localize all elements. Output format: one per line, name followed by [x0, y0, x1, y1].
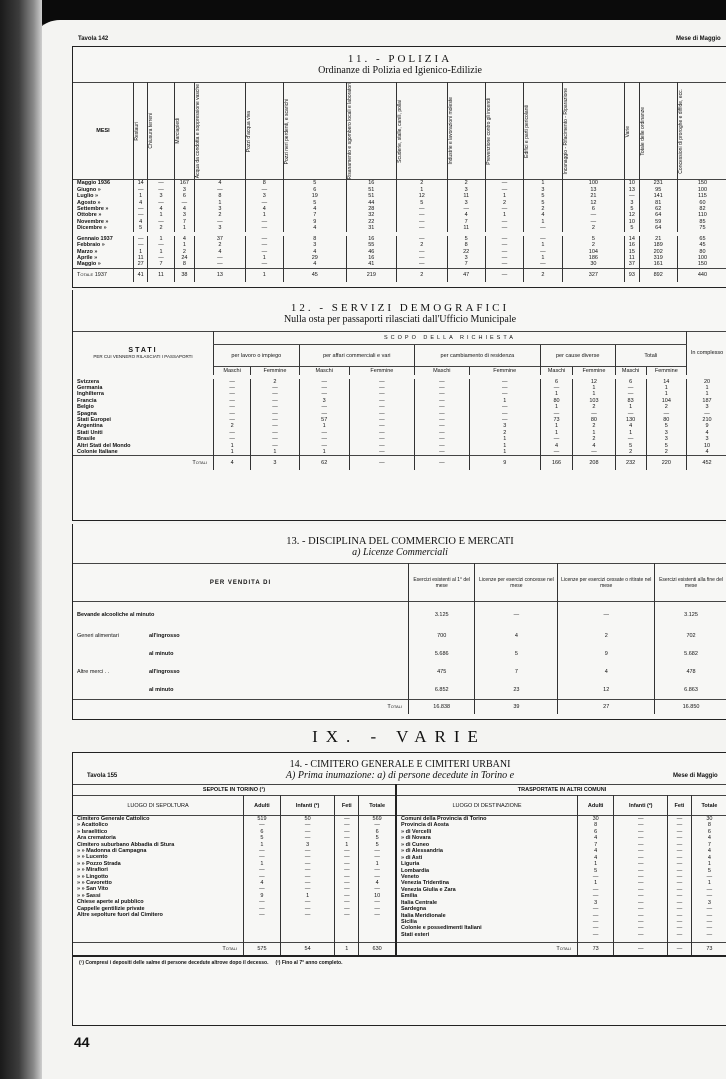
group-header: per cause diverse — [540, 345, 615, 367]
value-cell: 1 — [524, 180, 562, 187]
col-header: Infanti (²) — [280, 796, 334, 816]
value-cell: 2 — [397, 180, 447, 187]
spacer-cell — [335, 919, 359, 943]
col-header-label: Risanamento e sgombero locali e laborato… — [347, 83, 353, 179]
col-header: Industrie e lavorazioni moleste — [447, 83, 485, 180]
page-number: 44 — [74, 1034, 90, 1050]
value-cell: 3.125 — [409, 602, 475, 628]
col-header-per-vendita-di: PER VENDITA DI — [73, 564, 409, 602]
table-row: Stati esteri———— — [396, 932, 726, 939]
col-header: Totale — [359, 796, 395, 816]
value-cell: — — [245, 234, 283, 242]
total-cell: 575 — [244, 943, 281, 955]
value-cell: — — [485, 234, 523, 242]
total-cell: 1 — [335, 943, 359, 955]
value-cell: 27 — [134, 261, 148, 268]
value-cell: 2 — [615, 449, 646, 456]
value-cell: 475 — [409, 664, 475, 682]
row-label: all'ingrosso — [149, 633, 180, 639]
value-cell: 6.863 — [655, 682, 726, 700]
value-cell: — — [414, 377, 469, 385]
value-cell: — — [668, 816, 692, 823]
value-cell: — — [469, 377, 540, 385]
row-label-cell: Generi alimentariall'ingrosso — [73, 628, 409, 646]
table-12-title: 12. - SERVIZI DEMOGRAFICI — [73, 302, 726, 314]
sepolte-in-torino-header: SEPOLTE IN TORINO (¹) — [73, 785, 395, 796]
col-header: Pozzi neri perdenti, e scarichi — [284, 83, 347, 180]
col-header: Chiusura terreni — [148, 83, 174, 180]
total-cell: 2 — [524, 268, 562, 282]
value-cell: 6 — [615, 377, 646, 385]
value-cell: — — [485, 225, 523, 233]
section-ix-title: IX. - VARIE — [72, 727, 726, 747]
col-header: Licenze per esercizi cessate o ritirate … — [558, 564, 655, 602]
col-header: Adulti — [578, 796, 614, 816]
total-cell: 440 — [677, 268, 726, 282]
table-row: Maggio 193614—1674851622—110010231150 — [73, 180, 726, 187]
table-row: Generi alimentariall'ingrosso70042702 — [73, 628, 726, 646]
total-cell: 327 — [562, 268, 625, 282]
group-header: per lavoro o impiego — [214, 345, 300, 367]
maschi-header: Maschi — [299, 367, 349, 377]
value-cell: 11 — [447, 225, 485, 233]
value-cell: 4 — [174, 234, 195, 242]
total-cell: 166 — [540, 456, 573, 470]
value-cell: — — [691, 932, 726, 939]
value-cell: 37 — [195, 234, 245, 242]
value-cell: 1 — [148, 234, 174, 242]
value-cell: 9 — [558, 646, 655, 664]
value-cell: 2 — [251, 377, 299, 385]
value-cell: 5 — [475, 646, 558, 664]
value-cell: 700 — [409, 628, 475, 646]
col-header-label: Edifici e parti pericolanti — [524, 105, 530, 158]
col-header: Marciapiedi — [174, 83, 195, 180]
table-row: Bevande alcooliche al minuto3.125——3.125 — [73, 602, 726, 628]
value-cell: 1 — [469, 449, 540, 456]
month-cell: Maggio » — [73, 261, 134, 268]
value-cell: — — [195, 261, 245, 268]
col-header: Pozzi d'acqua viva — [245, 83, 283, 180]
table-11-subtitle: Ordinanze di Polizia ed Igienico-Edilizi… — [73, 65, 726, 76]
place-cell: Cimitero Generale Cattolico — [73, 816, 244, 823]
stati-subheader: PER CUI VENNERO RILASCIATI I PASSAPORTI — [73, 354, 213, 359]
maschi-header: Maschi — [540, 367, 573, 377]
month-cell: Dicembre » — [73, 225, 134, 233]
value-cell: — — [245, 225, 283, 233]
femmine-header: Femmine — [646, 367, 686, 377]
total-cell: 93 — [625, 268, 639, 282]
table-row: Maggio »2778——441—7——3037161150 — [73, 261, 726, 268]
total-cell: 1 — [245, 268, 283, 282]
total-row: Totali73——73 — [396, 943, 726, 955]
col-header: Risanamento e sgombero locali e laborato… — [346, 83, 396, 180]
table-servizi-demografici: 12. - SERVIZI DEMOGRAFICI Nulla osta per… — [72, 290, 726, 521]
total-row: Totali16.838392716.850 — [73, 700, 726, 714]
col-header: Incanaggio - Rifacimento - Riparazione — [562, 83, 625, 180]
total-cell: 38 — [174, 268, 195, 282]
value-cell: 1 — [214, 449, 251, 456]
value-cell: — — [524, 234, 562, 242]
value-cell: 37 — [625, 261, 639, 268]
table-row: al minuto5.686595.682 — [73, 646, 726, 664]
table-14-title: 14. - CIMITERO GENERALE E CIMITERI URBAN… — [73, 759, 726, 770]
table-12-subtitle: Nulla osta per passaporti rilasciati dal… — [73, 314, 726, 325]
row-label: al minuto — [149, 687, 173, 693]
value-cell: — — [558, 602, 655, 628]
col-header: Varie — [625, 83, 639, 180]
value-cell: 30 — [578, 816, 614, 823]
col-header-label: Pozzi neri perdenti, e scarichi — [284, 99, 290, 164]
total-cell: 62 — [299, 456, 349, 470]
row-label: al minuto — [149, 651, 173, 657]
col-header: Restauri — [134, 83, 148, 180]
month-label-14: Mese di Maggio — [673, 773, 718, 779]
total-cell: — — [668, 943, 692, 955]
value-cell: 478 — [655, 664, 726, 682]
value-cell: — — [475, 602, 558, 628]
col-header: Concessioni di proroghe e diffide, ecc. — [677, 83, 726, 180]
value-cell: 4 — [475, 628, 558, 646]
total-cell: 3 — [251, 456, 299, 470]
footnote-2: (²) Fino al 7° anno completo. — [275, 960, 342, 966]
value-cell: — — [148, 180, 174, 187]
spacer-cell — [359, 919, 395, 943]
total-label: Totali — [73, 456, 214, 470]
value-cell: 5 — [625, 225, 639, 233]
value-cell: 75 — [677, 225, 726, 233]
col-header-label: Incanaggio - Rifacimento - Riparazione — [563, 88, 569, 174]
table-14-subtitle: A) Prima inumazione: a) di persone deced… — [73, 770, 726, 781]
value-cell: 231 — [639, 180, 677, 187]
table-11-title: 11. - POLIZIA — [73, 53, 726, 65]
value-cell: 16 — [346, 234, 396, 242]
value-cell: 5 — [562, 234, 625, 242]
value-cell: 150 — [677, 180, 726, 187]
value-cell: — — [485, 261, 523, 268]
value-cell: 4 — [284, 225, 347, 233]
scopo-header: SCOPO DELLA RICHIESTA — [214, 332, 687, 345]
value-cell: 4 — [558, 664, 655, 682]
value-cell: — — [614, 932, 668, 939]
total-cell: 16.850 — [655, 700, 726, 714]
total-row: Totali575541630 — [73, 943, 395, 955]
total-cell: 208 — [573, 456, 615, 470]
value-cell: 702 — [655, 628, 726, 646]
value-cell: 150 — [677, 261, 726, 268]
col-header: Feti — [668, 796, 692, 816]
total-cell: 892 — [639, 268, 677, 282]
maschi-header: Maschi — [214, 367, 251, 377]
col-header: Totale — [691, 796, 726, 816]
group-header: per cambiamento di residenza — [414, 345, 540, 367]
col-header: Acqua da condotta e soppressione vasche — [195, 83, 245, 180]
maschi-header: Maschi — [615, 367, 646, 377]
spacer-cell — [73, 919, 244, 943]
value-cell: — — [668, 932, 692, 939]
col-header-label: Acqua da condotta e soppressione vasche — [195, 84, 201, 178]
footnotes: (¹) Compresi i depositi delle salme di p… — [73, 955, 726, 969]
row-label-cell: Altre merci . .all'ingrosso — [73, 664, 409, 682]
total-cell: 2 — [397, 268, 447, 282]
total-cell: 54 — [280, 943, 334, 955]
col-header: Esercizi esistenti al 1° del mese — [409, 564, 475, 602]
value-cell: 10 — [625, 180, 639, 187]
value-cell: 5 — [447, 234, 485, 242]
col-header-label: Varie — [625, 126, 631, 137]
value-cell: — — [299, 377, 349, 385]
value-cell: 2 — [562, 225, 625, 233]
value-cell: 2 — [148, 225, 174, 233]
value-cell: 14 — [625, 234, 639, 242]
value-cell: 65 — [677, 234, 726, 242]
col-header: Feti — [335, 796, 359, 816]
month-cell: Gennaio 1937 — [73, 234, 134, 242]
table-cimiteri: 14. - CIMITERO GENERALE E CIMITERI URBAN… — [72, 752, 726, 1026]
femmine-header: Femmine — [469, 367, 540, 377]
value-cell: — — [335, 816, 359, 823]
value-cell: — — [524, 261, 562, 268]
value-cell: 64 — [639, 225, 677, 233]
total-cell: 73 — [578, 943, 614, 955]
table-row: Dicembre »5213—431—11——256475 — [73, 225, 726, 233]
value-cell: 23 — [475, 682, 558, 700]
total-cell: 39 — [475, 700, 558, 714]
value-cell: 100 — [562, 180, 625, 187]
spacer-row — [73, 919, 395, 943]
spacer-cell — [280, 919, 334, 943]
col-header: Edifici e parti pericolanti — [524, 83, 562, 180]
col-header: Infanti (²) — [614, 796, 668, 816]
table-polizia: 11. - POLIZIA Ordinanze di Polizia ed Ig… — [72, 46, 726, 288]
total-cell: 11 — [148, 268, 174, 282]
stato-cell: Svizzera — [73, 377, 214, 385]
value-cell: 31 — [346, 225, 396, 233]
table-row: Comuni della Provincia di Torino30——30 — [396, 816, 726, 823]
group-label: Generi alimentari — [77, 633, 149, 639]
row-label: Bevande alcooliche al minuto — [77, 612, 154, 618]
value-cell: 16 — [346, 180, 396, 187]
value-cell: — — [485, 180, 523, 187]
value-cell: — — [349, 449, 414, 456]
value-cell: 5.682 — [655, 646, 726, 664]
month-cell: Maggio 1936 — [73, 180, 134, 187]
value-cell: 8 — [245, 180, 283, 187]
table-commercio: 13. - DISCIPLINA DEL COMMERCIO E MERCATI… — [72, 524, 726, 720]
value-cell: 1 — [299, 449, 349, 456]
value-cell: 7 — [475, 664, 558, 682]
col-header-label: Totale delle ordinanze — [640, 107, 646, 156]
value-cell: 14 — [646, 377, 686, 385]
value-cell: — — [214, 377, 251, 385]
value-cell: 1 — [174, 225, 195, 233]
place-cell: Comuni della Provincia di Torino — [396, 816, 578, 823]
value-cell: — — [578, 932, 614, 939]
value-cell: 12 — [573, 377, 615, 385]
col-header-label: Restauri — [134, 122, 140, 141]
col-header: Prevenzione contro gli incendi — [485, 83, 523, 180]
row-label-cell: al minuto — [73, 646, 409, 664]
col-header-label: Chiusura terreni — [148, 113, 154, 149]
femmine-header: Femmine — [349, 367, 414, 377]
value-cell: 7 — [447, 261, 485, 268]
total-cell: 13 — [195, 268, 245, 282]
col-header: Licenze per esercizi concesse nel mese — [475, 564, 558, 602]
table-row: Svizzera—2————61261420 — [73, 377, 726, 385]
tavola-142-label: Tavola 142 — [78, 36, 108, 42]
place-cell: Stati esteri — [396, 932, 578, 939]
total-cell: 47 — [447, 268, 485, 282]
value-cell: 5 — [134, 225, 148, 233]
col-header-label: Marciapiedi — [175, 118, 181, 144]
complesso-header: In complesso — [687, 332, 726, 377]
col-header-luogo-sepoltura: LUOGO DI SEPOLTURA — [73, 796, 244, 816]
total-cell: 73 — [691, 943, 726, 955]
footnote-1: (¹) Compresi i depositi delle salme di p… — [79, 960, 269, 966]
total-cell: — — [349, 456, 414, 470]
table-row: Colonie Italiane111——1——224 — [73, 449, 726, 456]
value-cell: 5 — [284, 180, 347, 187]
value-cell: 2 — [447, 180, 485, 187]
value-cell: — — [397, 234, 447, 242]
col-header: Totale delle ordinanze — [639, 83, 677, 180]
value-cell: 41 — [346, 261, 396, 268]
total-cell: 452 — [687, 456, 726, 470]
value-cell: — — [524, 225, 562, 233]
value-cell: 5.686 — [409, 646, 475, 664]
value-cell: — — [349, 377, 414, 385]
value-cell: 4 — [195, 180, 245, 187]
total-label: Totale 1937 — [73, 268, 134, 282]
value-cell: 519 — [244, 816, 281, 823]
group-label: Altre merci . . — [77, 669, 149, 675]
value-cell: 50 — [280, 816, 334, 823]
col-header-mesi: MESI — [73, 83, 134, 180]
total-cell: 232 — [615, 456, 646, 470]
col-header-label: Pozzi d'acqua viva — [246, 111, 252, 152]
total-cell: 45 — [284, 268, 347, 282]
value-cell: 2 — [558, 628, 655, 646]
value-cell: 4 — [284, 261, 347, 268]
total-label: Totali — [73, 943, 244, 955]
col-header: Esercizi esistenti alla fine del mese — [655, 564, 726, 602]
value-cell: 12 — [558, 682, 655, 700]
femmine-header: Femmine — [251, 367, 299, 377]
total-label: Totali — [396, 943, 578, 955]
value-cell: — — [414, 449, 469, 456]
value-cell: 20 — [687, 377, 726, 385]
value-cell: 21 — [639, 234, 677, 242]
value-cell: 14 — [134, 180, 148, 187]
value-cell: 6.852 — [409, 682, 475, 700]
table-row: al minuto6.85223126.863 — [73, 682, 726, 700]
total-cell: 630 — [359, 943, 395, 955]
femmine-header: Femmine — [573, 367, 615, 377]
stati-header: STATI — [73, 347, 213, 354]
value-cell: 8 — [284, 234, 347, 242]
trasportate-header: TRASPORTATE IN ALTRI COMUNI — [396, 785, 726, 796]
col-header: Adulti — [244, 796, 281, 816]
value-cell: 3.125 — [655, 602, 726, 628]
table-row: Cimitero Generale Cattolico51950—569 — [73, 816, 395, 823]
total-cell: — — [614, 943, 668, 955]
row-label: all'ingrosso — [149, 669, 180, 675]
stato-cell: Colonie Italiane — [73, 449, 214, 456]
value-cell: 6 — [540, 377, 573, 385]
total-cell: 16.838 — [409, 700, 475, 714]
col-header-label: Scuderie, stalle, canili, pollai — [397, 100, 403, 163]
book-binding-shadow — [0, 0, 42, 1079]
value-cell: 30 — [691, 816, 726, 823]
total-cell: 4 — [214, 456, 251, 470]
total-cell: — — [485, 268, 523, 282]
value-cell: — — [397, 225, 447, 233]
col-header-label: Prevenzione contro gli incendi — [486, 98, 492, 165]
table-row: Gennaio 1937—1437—816—5——5142165 — [73, 234, 726, 242]
month-label: Mese di Maggio — [676, 36, 721, 42]
spacer-cell — [244, 919, 281, 943]
col-header-luogo-destinazione: LUOGO DI DESTINAZIONE — [396, 796, 578, 816]
value-cell: — — [134, 234, 148, 242]
col-header-label: Industrie e lavorazioni moleste — [448, 97, 454, 165]
row-label-cell: al minuto — [73, 682, 409, 700]
value-cell: 167 — [174, 180, 195, 187]
total-row: Totale 193741113813145219247—23279389244… — [73, 268, 726, 282]
table-13-subtitle: a) Licenze Commerciali — [73, 547, 726, 558]
table-row: Altre merci . .all'ingrosso47574478 — [73, 664, 726, 682]
group-header: Totali — [615, 345, 686, 367]
value-cell: — — [245, 261, 283, 268]
total-cell: 219 — [346, 268, 396, 282]
total-cell: — — [414, 456, 469, 470]
group-header: per affari commerciali e vari — [299, 345, 414, 367]
value-cell: — — [540, 449, 573, 456]
row-label-cell: Bevande alcooliche al minuto — [73, 602, 409, 628]
total-cell: 27 — [558, 700, 655, 714]
value-cell: — — [614, 816, 668, 823]
value-cell: 161 — [639, 261, 677, 268]
col-header-label: Concessioni di proroghe e diffide, ecc. — [678, 89, 684, 174]
table-13-title: 13. - DISCIPLINA DEL COMMERCIO E MERCATI — [73, 536, 726, 547]
value-cell: 569 — [359, 816, 395, 823]
value-cell: 2 — [646, 449, 686, 456]
total-cell: 9 — [469, 456, 540, 470]
value-cell: 8 — [174, 261, 195, 268]
col-header: Scuderie, stalle, canili, pollai — [397, 83, 447, 180]
total-label: Totali — [73, 700, 409, 714]
value-cell: 4 — [687, 449, 726, 456]
total-row: Totali4362——9166208232220452 — [73, 456, 726, 470]
value-cell: 1 — [251, 449, 299, 456]
maschi-header: Maschi — [414, 367, 469, 377]
total-cell: 41 — [134, 268, 148, 282]
value-cell: 3 — [195, 225, 245, 233]
total-cell: 220 — [646, 456, 686, 470]
value-cell: 30 — [562, 261, 625, 268]
value-cell: — — [573, 449, 615, 456]
value-cell: — — [397, 261, 447, 268]
value-cell: 7 — [148, 261, 174, 268]
